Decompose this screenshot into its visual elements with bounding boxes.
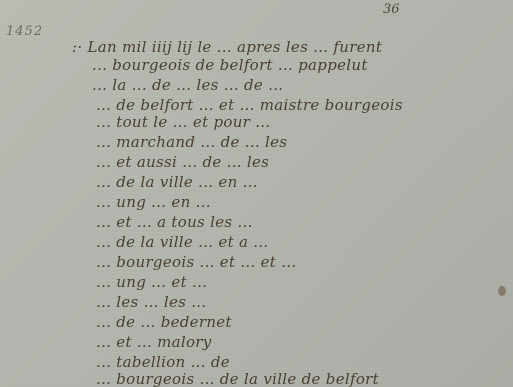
text-line: ... de la ville ... en ... (96, 173, 258, 191)
folio-number: 36 (383, 2, 400, 17)
text-line: :· Lan mil iiij lij le ... apres les ...… (72, 38, 382, 56)
text-line: ... de belfort ... et ... maistre bourge… (96, 96, 403, 114)
manuscript-page: 1452 36 :· Lan mil iiij lij le ... apres… (0, 0, 513, 387)
text-line: ... bourgeois ... de la ville de belfort (96, 370, 379, 387)
text-line: ... bourgeois ... et ... et ... (96, 253, 296, 271)
text-line: ... ung ... en ... (96, 193, 211, 211)
text-line: ... tabellion ... de (96, 353, 230, 371)
text-line: ... de ... bedernet (96, 313, 232, 331)
margin-year: 1452 (6, 24, 43, 39)
text-line: ... la ... de ... les ... de ... (92, 76, 283, 94)
text-line: ... les ... les ... (96, 293, 206, 311)
text-line: ... de la ville ... et a ... (96, 233, 269, 251)
text-line: ... et ... malory (96, 333, 212, 351)
text-line: ... bourgeois de belfort ... pappelut (92, 56, 368, 74)
text-line: ... marchand ... de ... les (96, 133, 287, 151)
text-line: ... et ... a tous les ... (96, 213, 253, 231)
ink-blot (498, 286, 506, 296)
text-line: ... tout le ... et pour ... (96, 113, 270, 131)
text-line: ... ung ... et ... (96, 273, 207, 291)
text-line: ... et aussi ... de ... les (96, 153, 269, 171)
